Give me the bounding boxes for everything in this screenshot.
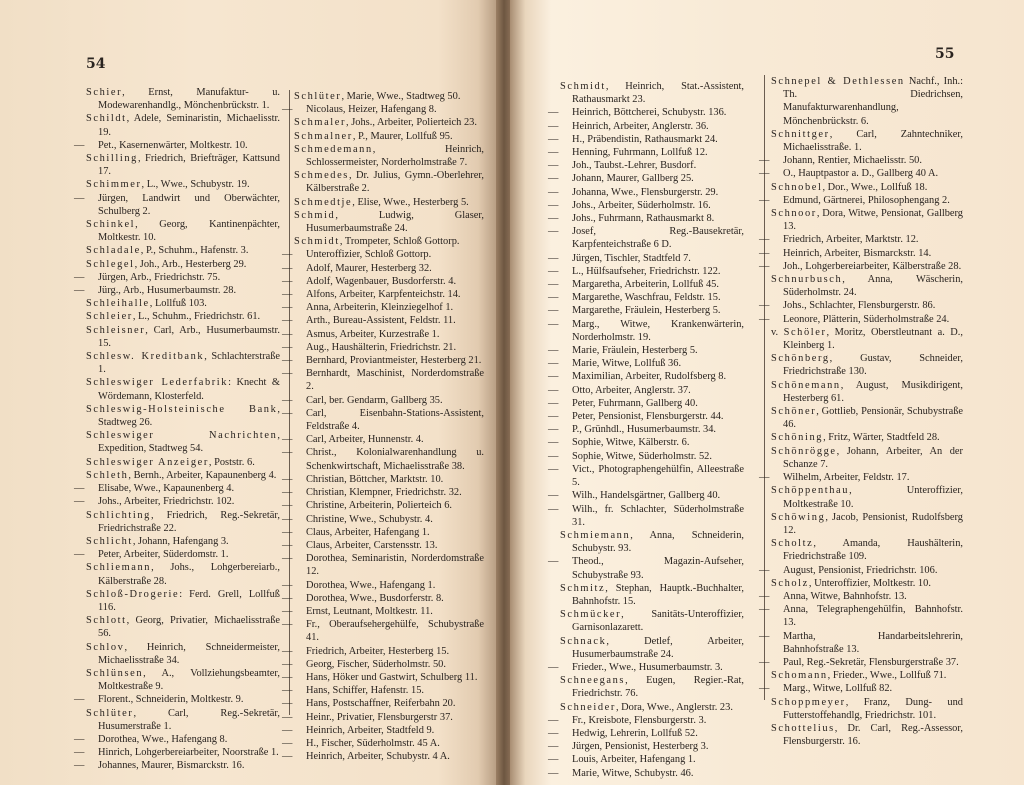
entry-details: Elisabe, Wwe., Kapaunenberg 4. [98,483,234,494]
repeat-dash: — [771,247,783,260]
directory-subentry: —L., Hülfsaufseher, Friedrichstr. 122. [560,265,744,278]
left-page-column-1: Schier, Ernst, Manufaktur- u. Modewarenh… [86,86,280,773]
entry-details: , Elise, Wwe., Hesterberg 5. [352,197,468,208]
directory-subentry: —Jürgen, Tischler, Stadtfeld 7. [560,252,744,265]
repeat-dash: — [560,384,572,397]
entry-details: Georg, Fischer, Süderholmstr. 50. [306,659,446,670]
directory-entry: Schönemann, August, Musikdirigent, Heste… [771,379,963,405]
surname: Schlicht [86,536,133,547]
repeat-dash: — [771,260,783,273]
entry-details: Marie, Witwe, Schubystr. 46. [572,768,693,779]
repeat-dash: — [771,564,783,577]
repeat-dash: — [86,746,98,759]
directory-entry: Schleswiger Lederfabrik: Knecht & Wördem… [86,376,280,402]
surname: Schmedes [294,170,349,181]
repeat-dash: — [771,656,783,669]
directory-subentry: —Otto, Arbeiter, Anglerstr. 37. [560,384,744,397]
surname: Schmücker [560,609,621,620]
surname: Schlichting [86,510,151,521]
surname: Schneider [560,702,616,713]
repeat-dash: — [560,212,572,225]
surname: Schier [86,87,122,98]
repeat-dash: — [771,603,783,616]
directory-subentry: —Maximilian, Arbeiter, Rudolfsberg 8. [560,370,744,383]
directory-subentry: —Martha, Handarbeitslehrerin, Bahnhofstr… [771,630,963,656]
repeat-dash: — [294,499,306,512]
directory-subentry: —Jürgen, Landwirt und Oberwächter, Schul… [86,192,280,218]
directory-entry: Schnurbusch, Anna, Wäscherin, Süderholms… [771,273,963,299]
repeat-dash: — [560,159,572,172]
entry-details: Hans, Höker und Gastwirt, Schulberg 11. [306,672,477,683]
entry-details: Heinrich, Arbeiter, Schubystr. 4 A. [306,751,450,762]
repeat-dash: — [294,750,306,763]
directory-subentry: —Friedrich, Arbeiter, Marktstr. 12. [771,233,963,246]
entry-details: Christ., Kolonialwarenhandlung u. Schenk… [306,447,484,471]
repeat-dash: — [560,489,572,502]
surname: Schomann [771,670,828,681]
entry-details: Heinrich, Arbeiter, Bismarckstr. 14. [783,248,931,259]
surname: Schleisner [86,325,145,336]
surname: Schönrögge [771,446,837,457]
directory-subentry: —Jürgen, Pensionist, Hesterberg 3. [560,740,744,753]
directory-subentry: —Sophie, Witwe, Süderholmstr. 52. [560,450,744,463]
directory-subentry: —Bernhard, Proviantmeister, Hesterberg 2… [294,354,484,367]
directory-subentry: —Wilhelm, Arbeiter, Feldstr. 17. [771,471,963,484]
directory-subentry: —Hans, Postschaffner, Reiferbahn 20. [294,697,484,710]
directory-subentry: —Margarethe, Waschfrau, Feldstr. 15. [560,291,744,304]
directory-entry: Schmalner, P., Maurer, Lollfuß 95. [294,130,484,143]
directory-subentry: —Arth., Bureau-Assistent, Feldstr. 11. [294,314,484,327]
entry-details: , P., Maurer, Lollfuß 95. [353,131,453,142]
repeat-dash: — [560,423,572,436]
directory-subentry: —Claus, Arbeiter, Carstensstr. 13. [294,539,484,552]
directory-entry: Schliemann, Johs., Lohgerbereiarb., Kälb… [86,561,280,587]
entry-details: Fr., Kreisbote, Flensburgerstr. 3. [572,715,706,726]
entry-details: H., Präbendistin, Rathausmarkt 24. [572,134,718,145]
repeat-dash: — [560,714,572,727]
directory-entry: Schleihalle, Lollfuß 103. [86,297,280,310]
entry-details: Anna, Witwe, Bahnhofstr. 13. [783,591,907,602]
directory-subentry: —Christine, Wwe., Schubystr. 4. [294,513,484,526]
entry-details: Dorothea, Seminaristin, Norderdomstraße … [306,553,484,577]
directory-subentry: —Anna, Arbeiterin, Kleinziegelhof 1. [294,301,484,314]
directory-subentry: —Johs., Schlachter, Flensburgerstr. 86. [771,299,963,312]
repeat-dash: — [294,724,306,737]
entry-details: , Ernst, Manufaktur- u. Modewarenhandlg.… [98,87,280,111]
surname: Schlott [86,615,127,626]
entry-details: , Joh., Arb., Hesterberg 29. [135,259,247,270]
repeat-dash: — [294,579,306,592]
repeat-dash: — [294,645,306,658]
repeat-dash: — [294,341,306,354]
entry-details: Hinrich, Lohgerbereiarbeiter, Noorstraße… [98,747,279,758]
directory-subentry: —Heinrich, Arbeiter, Bismarckstr. 14. [771,247,963,260]
repeat-dash: — [294,526,306,539]
directory-entry: Schnobel, Dor., Wwe., Lollfuß 18. [771,181,963,194]
directory-entry: Schlünsen, A., Vollziehungsbeamter, Molt… [86,667,280,693]
directory-subentry: —Georg, Fischer, Süderholmstr. 50. [294,658,484,671]
repeat-dash: — [294,433,306,446]
surname: Schleswiger Nachrichten [86,430,277,441]
entry-details: August, Pensionist, Friedrichstr. 106. [783,565,937,576]
repeat-dash: — [294,552,306,565]
entry-details: Josef, Reg.-Bausekretär, Karpfenteichstr… [572,226,744,250]
repeat-dash: — [560,106,572,119]
entry-details: Carl, Eisenbahn-Stations-Assistent, Feld… [306,408,484,432]
entry-details: Jürg., Arb., Husumerbaumstr. 28. [98,285,236,296]
entry-details: Anna, Arbeiterin, Kleinziegelhof 1. [306,302,453,313]
directory-entry: Schmiemann, Anna, Schneiderin, Schubystr… [560,529,744,555]
entry-details: Louis, Arbeiter, Hafengang 1. [572,754,696,765]
directory-subentry: —Anna, Telegraphengehülfin, Bahnhofstr. … [771,603,963,629]
directory-subentry: —Dorothea, Seminaristin, Norderdomstraße… [294,552,484,578]
entry-details: Heinrich, Arbeiter, Anglerstr. 36. [572,121,709,132]
repeat-dash: — [560,503,572,516]
directory-subentry: —Christian, Klempner, Friedrichstr. 32. [294,486,484,499]
directory-subentry: —Ernst, Leutnant, Moltkestr. 11. [294,605,484,618]
surname: Schöning [771,432,823,443]
repeat-dash: — [294,103,306,116]
repeat-dash: — [294,513,306,526]
directory-subentry: —Johs., Arbeiter, Süderholmstr. 16. [560,199,744,212]
surname: Schmidt [560,81,606,92]
directory-subentry: —Joh., Lohgerbereiarbeiter, Kälberstraße… [771,260,963,273]
repeat-dash: — [560,450,572,463]
surname: Schilling [86,153,138,164]
repeat-dash: — [294,394,306,407]
repeat-dash: — [294,446,306,459]
entry-details: Adolf, Maurer, Hesterberg 32. [306,263,432,274]
repeat-dash: — [560,146,572,159]
entry-details: Ernst, Leutnant, Moltkestr. 11. [306,606,433,617]
surname: Schmiemann [560,530,630,541]
entry-details: Florent., Schneiderin, Moltkestr. 9. [98,694,243,705]
directory-subentry: —Claus, Arbeiter, Hafengang 1. [294,526,484,539]
entry-details: Paul, Reg.-Sekretär, Flensburgerstraße 3… [783,657,959,668]
directory-subentry: —Dorothea, Wwe., Hafengang 1. [294,579,484,592]
repeat-dash: — [771,471,783,484]
directory-subentry: —Marg., Witwe, Krankenwärterin, Norderho… [560,318,744,344]
entry-details: , Lollfuß 103. [150,298,207,309]
entry-details: Fr., Oberaufsehergehülfe, Schubystraße 4… [306,619,484,643]
directory-entry: Schmid, Ludwig, Glaser, Husumerbaumstraß… [294,209,484,235]
directory-entry: Schmitz, Stephan, Hauptk.-Buchhalter, Ba… [560,582,744,608]
directory-subentry: —Johannes, Maurer, Bismarckstr. 16. [86,759,280,772]
surname: Schlünsen [86,668,143,679]
directory-subentry: —Marie, Witwe, Schubystr. 46. [560,767,744,780]
directory-subentry: —Marie, Fräulein, Hesterberg 5. [560,344,744,357]
entry-details: Marg., Witwe, Krankenwärterin, Norderhol… [572,319,744,343]
directory-subentry: —Christine, Arbeiterin, Polierteich 6. [294,499,484,512]
directory-subentry: —Bernhardt, Maschinist, Norderdomstraße … [294,367,484,393]
entry-details: Edmund, Gärtnerei, Philosophengang 2. [783,195,950,206]
surname: Schlüter [294,91,341,102]
directory-subentry: —Jürgen, Arb., Friedrichstr. 75. [86,271,280,284]
entry-details: Dorothea, Wwe., Hafengang 8. [98,734,227,745]
directory-entry: Schleth, Bernh., Arbeiter, Kapaunenberg … [86,469,280,482]
directory-subentry: —Henning, Fuhrmann, Lollfuß 12. [560,146,744,159]
entry-details: Dorothea, Wwe., Busdorferstr. 8. [306,593,444,604]
directory-entry: Schöwing, Jacob, Pensionist, Rudolfsberg… [771,511,963,537]
directory-subentry: —Anna, Witwe, Bahnhofstr. 13. [771,590,963,603]
entry-details: Peter, Pensionist, Flensburgerstr. 44. [572,411,724,422]
repeat-dash: — [294,248,306,261]
repeat-dash: — [560,265,572,278]
entry-details: Jürgen, Pensionist, Hesterberg 3. [572,741,708,752]
entry-details: Aug., Haushälterin, Friedrichstr. 21. [306,342,456,353]
directory-subentry: —Adolf, Maurer, Hesterberg 32. [294,262,484,275]
repeat-dash: — [294,658,306,671]
directory-subentry: —Fr., Oberaufsehergehülfe, Schubystraße … [294,618,484,644]
entry-details: H., Fischer, Süderholmstr. 45 A. [306,738,440,749]
directory-subentry: —August, Pensionist, Friedrichstr. 106. [771,564,963,577]
entry-details: Margarethe, Waschfrau, Feldstr. 15. [572,292,721,303]
entry-details: , L., Wwe., Schubystr. 19. [142,179,250,190]
directory-entry: Schnepel & Dethlessen Nachf., Inh.: Th. … [771,75,963,128]
entry-details: Carl, Arbeiter, Hunnenstr. 4. [306,434,424,445]
entry-details: Margarethe, Fräulein, Hesterberg 5. [572,305,721,316]
directory-entry: Schöner, Gottlieb, Pensionär, Schubystra… [771,405,963,431]
repeat-dash: — [294,592,306,605]
repeat-dash: — [560,186,572,199]
left-page-column-2: Schlüter, Marie, Wwe., Stadtweg 50.—Nico… [289,90,484,715]
surname: Schleihalle [86,298,150,309]
directory-subentry: —Johann, Maurer, Gallberg 25. [560,172,744,185]
repeat-dash: — [294,697,306,710]
directory-entry: Schnack, Detlef, Arbeiter, Husumerbaumst… [560,635,744,661]
directory-subentry: —P., Grünhdl., Husumerbaumstr. 34. [560,423,744,436]
repeat-dash: — [294,407,306,420]
directory-subentry: —Jürg., Arb., Husumerbaumstr. 28. [86,284,280,297]
directory-entry: Schleisner, Carl, Arb., Husumerbaumstr. … [86,324,280,350]
directory-subentry: —Heinrich, Arbeiter, Stadtfeld 9. [294,724,484,737]
repeat-dash: — [560,278,572,291]
surname: Schmedemann [294,144,373,155]
entry-details: , Fritz, Wärter, Stadtfeld 28. [823,432,940,443]
entry-details: Heinrich, Arbeiter, Stadtfeld 9. [306,725,434,736]
surname: Schöppenthau [771,485,849,496]
entry-details: , Unteroffizier, Moltkestr. 10. [809,578,931,589]
directory-subentry: —Hans, Höker und Gastwirt, Schulberg 11. [294,671,484,684]
directory-entry: Schoppmeyer, Franz, Dung- und Futterstof… [771,696,963,722]
surname: Schmitz [560,583,605,594]
directory-entry: v. Schöler, Moritz, Oberstleutnant a. D.… [771,326,963,352]
entry-details: Margaretha, Arbeiterin, Lollfuß 45. [572,279,719,290]
entry-details: Marg., Witwe, Lollfuß 82. [783,683,892,694]
surname: Schliemann [86,562,151,573]
surname: Schleswiger Anzeiger [86,457,209,468]
entry-details: , Poststr. 6. [209,457,255,468]
directory-subentry: —Johanna, Wwe., Flensburgerstr. 29. [560,186,744,199]
repeat-dash: — [294,737,306,750]
entry-details: Frieder., Wwe., Husumerbaumstr. 3. [572,662,723,673]
name-prefix: v. [771,327,784,338]
entry-details: , Trompeter, Schloß Gottorp. [340,236,460,247]
surname: Schöwing [771,512,825,523]
directory-subentry: —Josef, Reg.-Bausekretär, Karpfenteichst… [560,225,744,251]
surname: Schlegel [86,259,135,270]
page-number-right: 55 [935,46,954,62]
directory-entry: Schladale, P., Schuhm., Hafenstr. 3. [86,244,280,257]
entry-details: , P., Schuhm., Hafenstr. 3. [141,245,249,256]
entry-details: Heinr., Privatier, Flensburgerstr 37. [306,712,453,723]
directory-entry: Schimmer, L., Wwe., Schubystr. 19. [86,178,280,191]
directory-entry: Schlüter, Carl, Reg.-Sekretär, Husumerst… [86,707,280,733]
repeat-dash: — [560,661,572,674]
repeat-dash: — [86,759,98,772]
directory-entry: Schlov, Heinrich, Schneidermeister, Mich… [86,641,280,667]
repeat-dash: — [560,225,572,238]
surname: Schleth [86,470,128,481]
entry-details: Anna, Telegraphengehülfin, Bahnhofstr. 1… [783,604,963,628]
directory-subentry: —Wilh., fr. Schlachter, Süderholmstraße … [560,503,744,529]
entry-details: Johs., Arbeiter, Friedrichstr. 102. [98,496,234,507]
repeat-dash: — [294,671,306,684]
repeat-dash: — [560,727,572,740]
entry-details: Johann, Rentier, Michaelisstr. 50. [783,155,922,166]
repeat-dash: — [560,199,572,212]
entry-details: Hans, Postschaffner, Reiferbahn 20. [306,698,455,709]
surname: Schladale [86,245,141,256]
entry-details: Friedrich, Arbeiter, Hesterberg 15. [306,646,449,657]
repeat-dash: — [560,436,572,449]
entry-details: Claus, Arbeiter, Carstensstr. 13. [306,540,437,551]
directory-subentry: —Adolf, Wagenbauer, Busdorferstr. 4. [294,275,484,288]
entry-details: , Johs., Arbeiter, Polierteich 23. [346,117,477,128]
repeat-dash: — [294,486,306,499]
directory-subentry: —Nicolaus, Heizer, Hafengang 8. [294,103,484,116]
surname: Schmidt [294,236,340,247]
entry-details: Dorothea, Wwe., Hafengang 1. [306,580,435,591]
left-page: 54 Schier, Ernst, Manufaktur- u. Modewar… [0,0,498,785]
repeat-dash: — [294,605,306,618]
book-spread: 54 Schier, Ernst, Manufaktur- u. Modewar… [0,0,1024,785]
repeat-dash: — [771,682,783,695]
surname: Scholtz [771,538,813,549]
directory-entry: Schleswiger Anzeiger, Poststr. 6. [86,456,280,469]
directory-subentry: —Sophie, Witwe, Kälberstr. 6. [560,436,744,449]
directory-entry: Schöppenthau, Unteroffizier, Moltkestraß… [771,484,963,510]
directory-subentry: —Peter, Arbeiter, Süderdomstr. 1. [86,548,280,561]
entry-details: Martha, Handarbeitslehrerin, Bahnhofstra… [783,631,963,655]
directory-entry: Schleswig-Holsteinische Bank, Stadtweg 2… [86,403,280,429]
directory-subentry: —Leonore, Plätterin, Süderholmstraße 24. [771,313,963,326]
directory-entry: Schomann, Frieder., Wwe., Lollfuß 71. [771,669,963,682]
repeat-dash: — [86,482,98,495]
directory-entry: Schlichting, Friedrich, Reg.-Sekretär, F… [86,509,280,535]
directory-subentry: —Peter, Pensionist, Flensburgerstr. 44. [560,410,744,423]
entry-details: , Bernh., Arbeiter, Kapaunenberg 4. [128,470,276,481]
directory-entry: Schmaler, Johs., Arbeiter, Polierteich 2… [294,116,484,129]
repeat-dash: — [560,740,572,753]
repeat-dash: — [86,284,98,297]
right-page-column-2: Schnepel & Dethlessen Nachf., Inh.: Th. … [764,75,963,700]
surname: Schlüter [86,708,133,719]
directory-subentry: —Marie, Witwe, Lollfuß 36. [560,357,744,370]
entry-details: Sophie, Witwe, Süderholmstr. 52. [572,451,712,462]
directory-entry: Schloß-Drogerie: Ferd. Grell, Lollfuß 11… [86,588,280,614]
directory-subentry: —Pet., Kasernenwärter, Moltkestr. 10. [86,139,280,152]
repeat-dash: — [86,733,98,746]
repeat-dash: — [294,711,306,724]
repeat-dash: — [560,318,572,331]
directory-subentry: —O., Hauptpastor a. D., Gallberg 40 A. [771,167,963,180]
repeat-dash: — [86,139,98,152]
surname: Schnoor [771,208,817,219]
surname: Schinkel [86,219,135,230]
repeat-dash: — [86,693,98,706]
entry-details: L., Hülfsaufseher, Friedrichstr. 122. [572,266,720,277]
entry-details: Johs., Fuhrmann, Rathausmarkt 8. [572,213,714,224]
repeat-dash: — [294,354,306,367]
directory-entry: Schmedemann, Heinrich, Schlossermeister,… [294,143,484,169]
directory-entry: Schlegel, Joh., Arb., Hesterberg 29. [86,258,280,271]
surname: Schloß-Drogerie [86,589,179,600]
directory-subentry: —Christ., Kolonialwarenhandlung u. Schen… [294,446,484,472]
directory-entry: Schönberg, Gustav, Schneider, Friedrichs… [771,352,963,378]
surname: Schleswiger Lederfabrik [86,377,228,388]
directory-entry: Schmücker, Sanitäts-Unteroffizier, Garni… [560,608,744,634]
repeat-dash: — [294,288,306,301]
directory-subentry: —Peter, Fuhrmann, Gallberg 40. [560,397,744,410]
directory-subentry: —H., Fischer, Süderholmstr. 45 A. [294,737,484,750]
directory-subentry: —Edmund, Gärtnerei, Philosophengang 2. [771,194,963,207]
entry-details: Johs., Arbeiter, Süderholmstr. 16. [572,200,711,211]
entry-details: Claus, Arbeiter, Hafengang 1. [306,527,430,538]
directory-subentry: —Paul, Reg.-Sekretär, Flensburgerstraße … [771,656,963,669]
entry-details: O., Hauptpastor a. D., Gallberg 40 A. [783,168,938,179]
directory-subentry: —Dorothea, Wwe., Hafengang 8. [86,733,280,746]
directory-entry: Schlüter, Marie, Wwe., Stadtweg 50. [294,90,484,103]
surname: Schleier [86,311,133,322]
directory-subentry: —Margarethe, Fräulein, Hesterberg 5. [560,304,744,317]
entry-details: , L., Schuhm., Friedrichstr. 61. [133,311,260,322]
entry-details: Adolf, Wagenbauer, Busdorferstr. 4. [306,276,456,287]
directory-entry: Schnoor, Dora, Witwe, Pensionat, Gallber… [771,207,963,233]
directory-subentry: —H., Präbendistin, Rathausmarkt 24. [560,133,744,146]
directory-entry: Schmedes, Dr. Julius, Gymn.-Oberlehrer, … [294,169,484,195]
directory-subentry: —Asmus, Arbeiter, Kurzestraße 1. [294,328,484,341]
repeat-dash: — [294,301,306,314]
directory-entry: Schleier, L., Schuhm., Friedrichstr. 61. [86,310,280,323]
directory-entry: Scholtz, Amanda, Haushälterin, Friedrich… [771,537,963,563]
directory-entry: Schönrögge, Johann, Arbeiter, An der Sch… [771,445,963,471]
directory-subentry: —Heinrich, Arbeiter, Anglerstr. 36. [560,120,744,133]
directory-subentry: —Margaretha, Arbeiterin, Lollfuß 45. [560,278,744,291]
entry-details: Unteroffizier, Schloß Gottorp. [306,249,431,260]
repeat-dash: — [560,120,572,133]
directory-subentry: —Joh., Taubst.-Lehrer, Busdorf. [560,159,744,172]
surname: Schmalner [294,131,353,142]
entry-details: Friedrich, Arbeiter, Marktstr. 12. [783,234,919,245]
repeat-dash: — [86,192,98,205]
entry-details: Asmus, Arbeiter, Kurzestraße 1. [306,329,439,340]
repeat-dash: — [560,555,572,568]
repeat-dash: — [560,463,572,476]
entry-details: Peter, Arbeiter, Süderdomstr. 1. [98,549,228,560]
entry-details: Hans, Schiffer, Hafenstr. 15. [306,685,424,696]
directory-subentry: —Johs., Fuhrmann, Rathausmarkt 8. [560,212,744,225]
repeat-dash: — [294,314,306,327]
repeat-dash: — [294,367,306,380]
repeat-dash: — [771,194,783,207]
repeat-dash: — [771,154,783,167]
repeat-dash: — [86,548,98,561]
repeat-dash: — [771,313,783,326]
directory-subentry: —Hinrich, Lohgerbereiarbeiter, Noorstraß… [86,746,280,759]
directory-subentry: —Theod., Magazin-Aufseher, Schubystraße … [560,555,744,581]
entry-details: Joh., Lohgerbereiarbeiter, Kälberstraße … [783,261,961,272]
